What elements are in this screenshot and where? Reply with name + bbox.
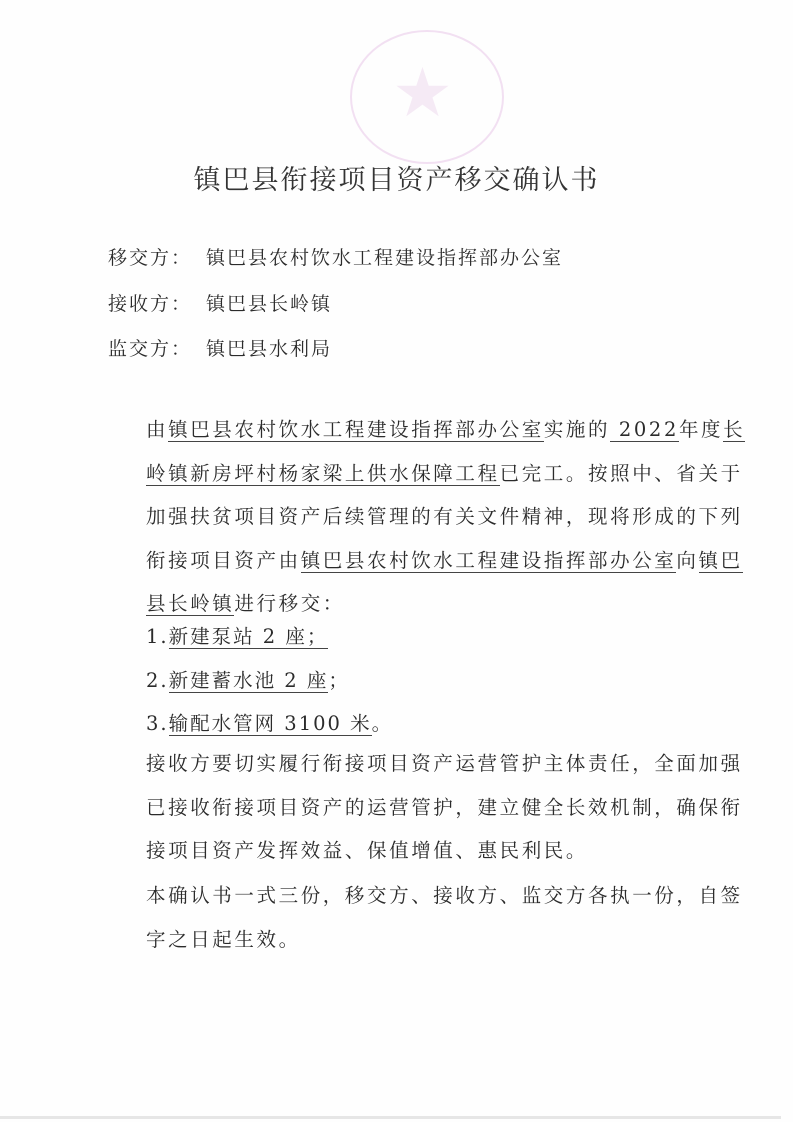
year-field: 2022 [610,418,679,442]
document-page: ★ 镇巴县衔接项目资产移交确认书 移交方：镇巴县农村饮水工程建设指挥部办公室 接… [0,0,793,1122]
asset-item: 3.输配水管网 3100 米。 [146,708,393,736]
party-label: 移交方： [108,243,206,270]
party-value: 镇巴县长岭镇 [206,293,332,315]
asset-item: 2.新建蓄水池 2 座； [146,665,350,693]
official-seal: ★ [350,30,504,164]
text: 向 [676,549,698,572]
intro-paragraph: 由镇巴县农村饮水工程建设指挥部办公室实施的 2022年度长岭镇新房坪村杨家梁上供… [108,408,746,626]
item-suffix: 。 [372,712,394,735]
text: 年度 [679,418,723,441]
text: 实施的 [544,418,610,441]
item-text: 新建蓄水池 2 座 [169,669,329,693]
party-value: 镇巴县水利局 [206,338,332,360]
party-supervisor: 监交方：镇巴县水利局 [108,334,332,361]
party-value: 镇巴县农村饮水工程建设指挥部办公室 [206,247,563,269]
item-suffix: ； [328,669,350,692]
star-icon: ★ [392,60,453,128]
closing-paragraph: 本确认书一式三份，移交方、接收方、监交方各执一份，自签字之日起生效。 [108,874,746,961]
text: 由 [146,418,168,441]
party-receiver: 接收方：镇巴县长岭镇 [108,289,332,316]
scan-edge [0,1116,781,1119]
responsibility-paragraph: 接收方要切实履行衔接项目资产运营管护主体责任，全面加强已接收衔接项目资产的运营管… [108,742,746,873]
item-text: 输配水管网 3100 米 [169,712,372,736]
item-number: 1. [146,625,169,648]
asset-item: 1.新建泵站 2 座； [146,621,328,649]
party-label: 监交方： [108,334,206,361]
item-number: 2. [146,669,169,692]
text: 进行移交： [234,592,345,615]
item-number: 3. [146,712,169,735]
party-transferor: 移交方：镇巴县农村饮水工程建设指挥部办公室 [108,243,563,270]
party-label: 接收方： [108,289,206,316]
item-text: 新建泵站 2 座； [169,625,329,649]
implementer-field: 镇巴县农村饮水工程建设指挥部办公室 [168,418,544,442]
document-title: 镇巴县衔接项目资产移交确认书 [0,158,793,197]
from-field: 镇巴县农村饮水工程建设指挥部办公室 [301,549,677,573]
